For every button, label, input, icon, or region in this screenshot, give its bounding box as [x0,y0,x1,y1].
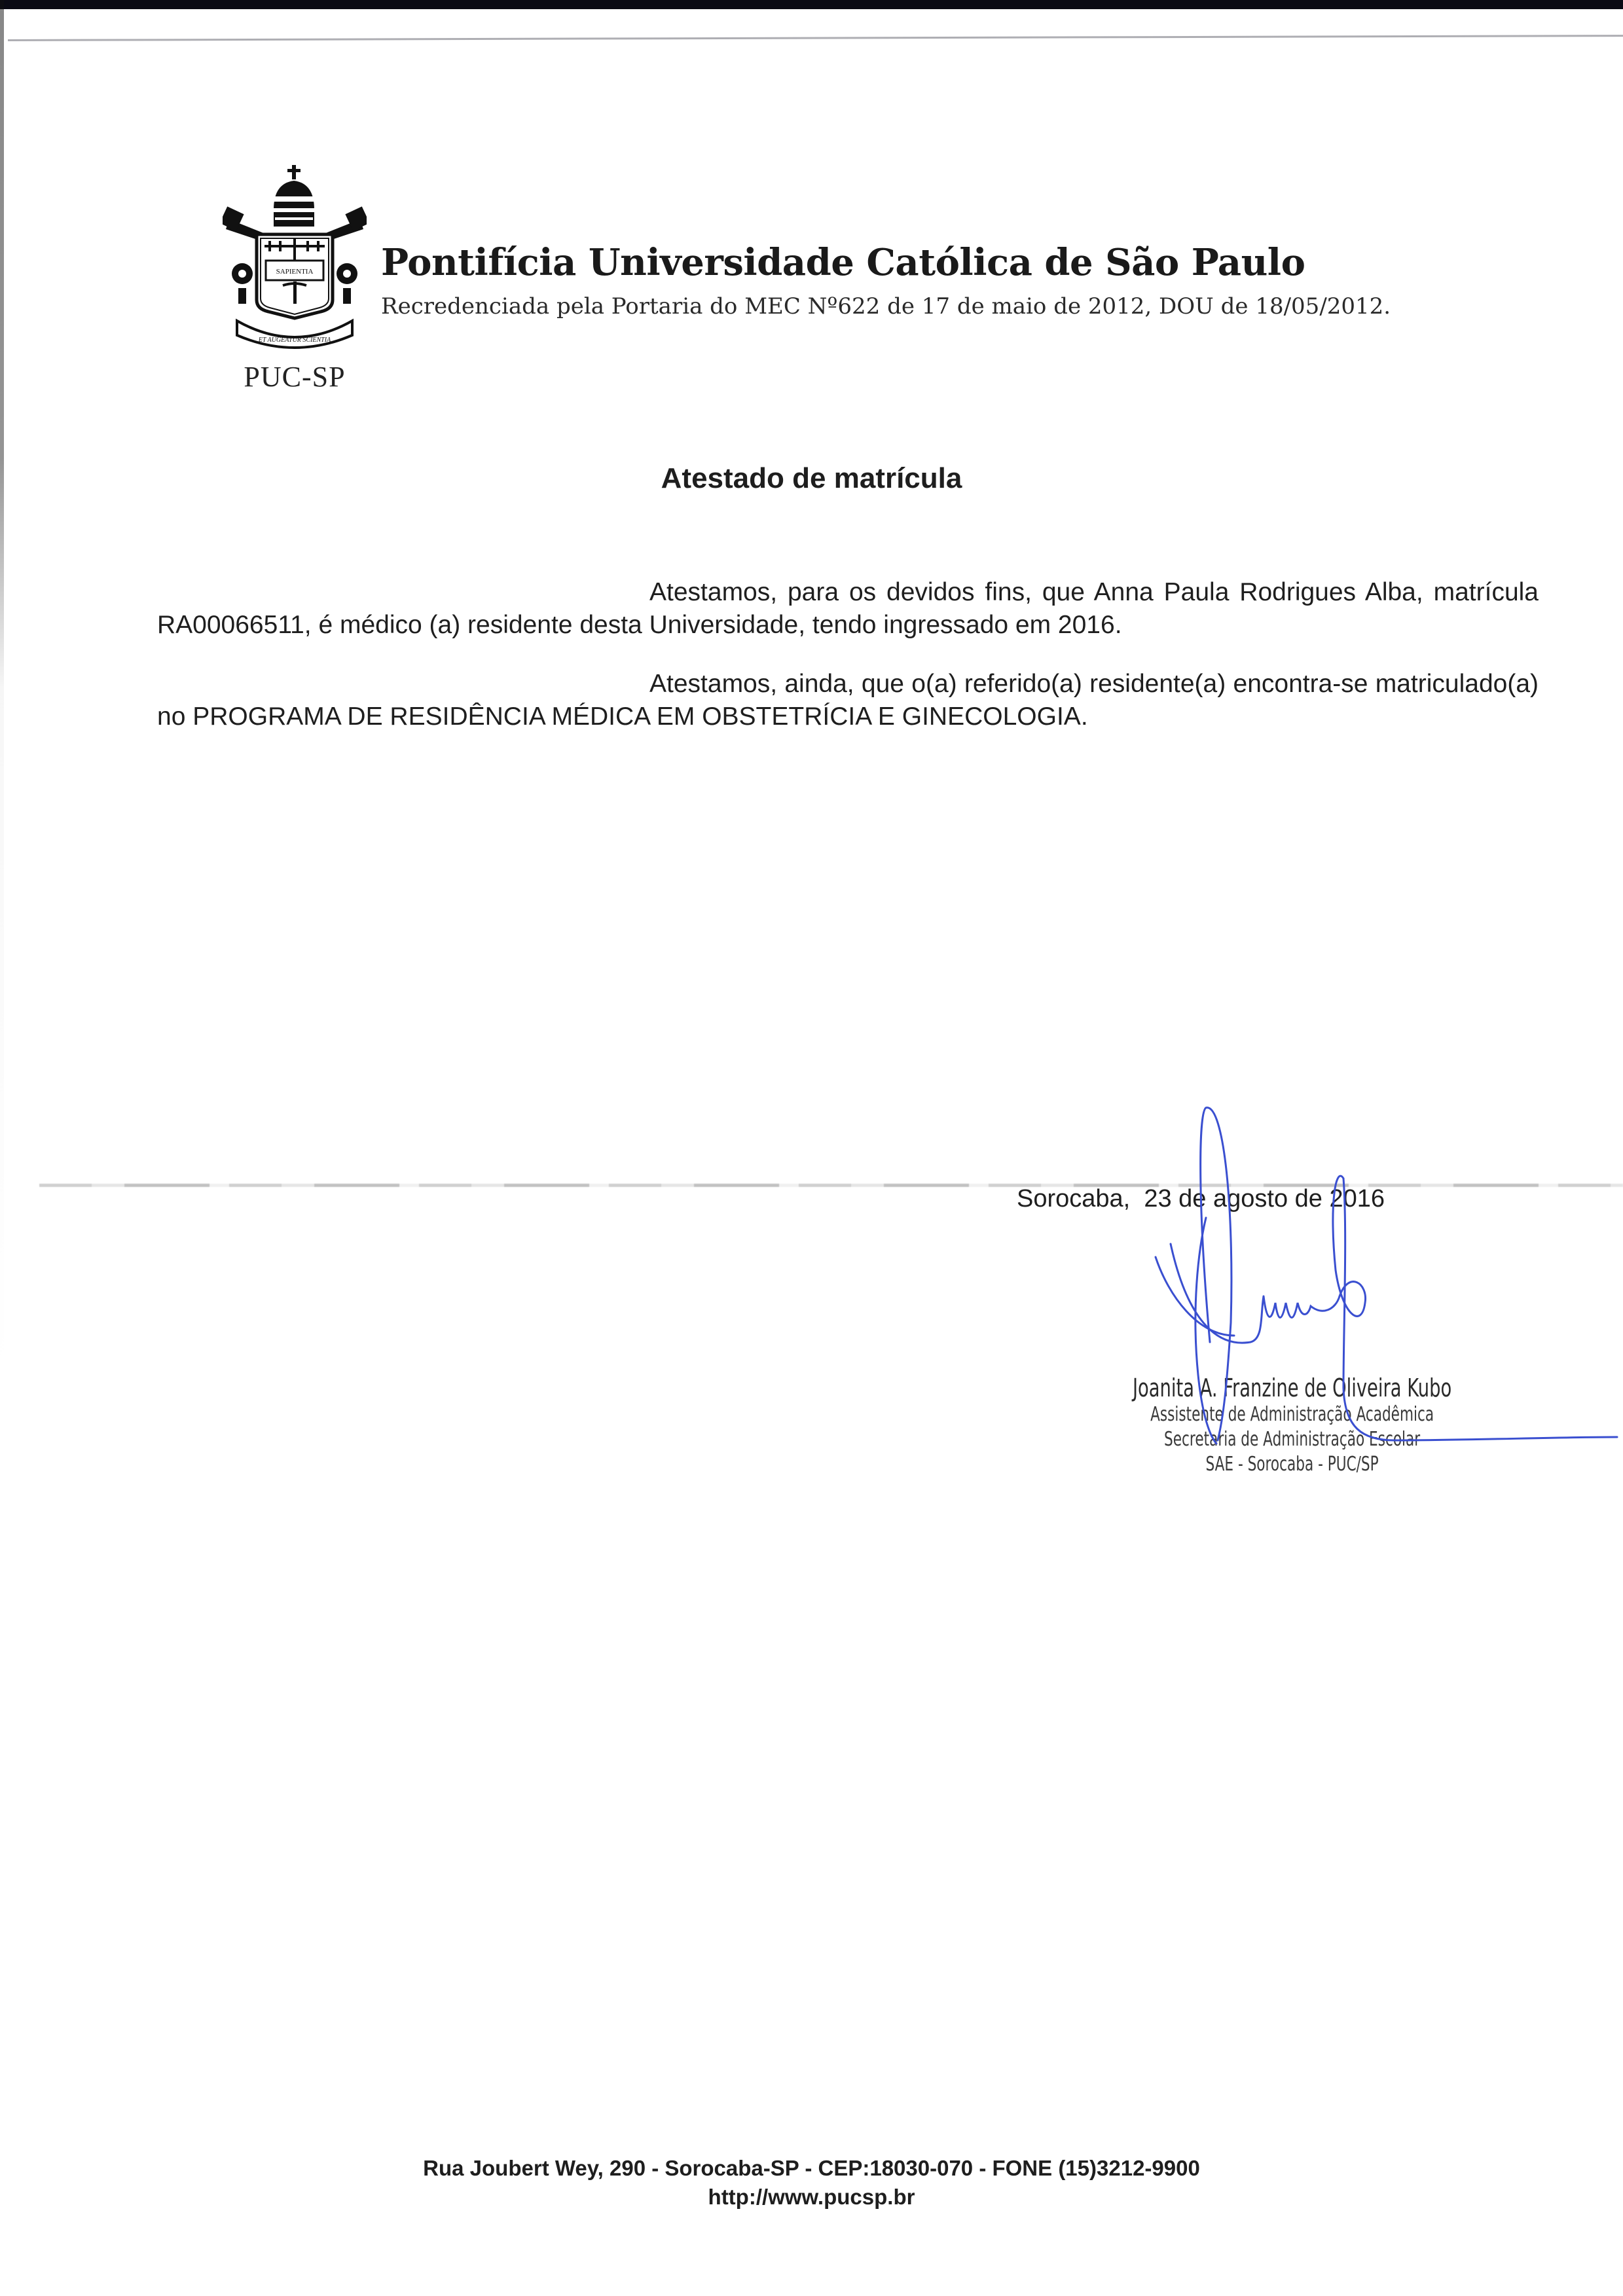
signatory-department: Secretaria de Administração Escolar [1113,1427,1471,1452]
signatory-name: Joanita A. Franzine de Oliveira Kubo [1113,1374,1471,1402]
scan-border-top [0,0,1623,9]
paper-fold-line [39,1184,1623,1187]
signatory-unit: SAE - Sorocaba - PUC/SP [1113,1452,1471,1477]
svg-text:SAPIENTIA: SAPIENTIA [276,268,314,276]
accreditation-line: Recredenciada pela Portaria do MEC Nº622… [381,293,1391,319]
footer: Rua Joubert Wey, 290 - Sorocaba-SP - CEP… [0,2154,1623,2212]
body-paragraph: Atestamos, para os devidos fins, que Ann… [157,576,1539,642]
logo-caption: PUC-SP [236,360,354,393]
signatory-block: Joanita A. Franzine de Oliveira Kubo Ass… [1113,1374,1377,1477]
body-paragraph: Atestamos, ainda, que o(a) referido(a) r… [157,668,1539,733]
place-and-date: Sorocaba, 23 de agosto de 2016 [1017,1185,1385,1213]
scan-border-left [0,0,4,2296]
signatory-role: Assistente de Administração Acadêmica [1113,1402,1471,1427]
paper-fold-line [8,35,1623,41]
paragraph-text: Atestamos, ainda, que o(a) referido(a) r… [157,670,1539,731]
footer-address: Rua Joubert Wey, 290 - Sorocaba-SP - CEP… [0,2154,1623,2183]
footer-website-link[interactable]: http://www.pucsp.br [0,2183,1623,2212]
institution-name: Pontifícia Universidade Católica de São … [381,241,1305,284]
paragraph-text: Atestamos, para os devidos fins, que Ann… [157,578,1539,639]
puc-sp-crest-icon: SAPIENTIA ET AUGEATUR SCIENTIA [223,164,367,360]
svg-text:ET AUGEATUR SCIENTIA: ET AUGEATUR SCIENTIA [258,337,331,344]
document-title: Atestado de matrícula [0,462,1623,495]
